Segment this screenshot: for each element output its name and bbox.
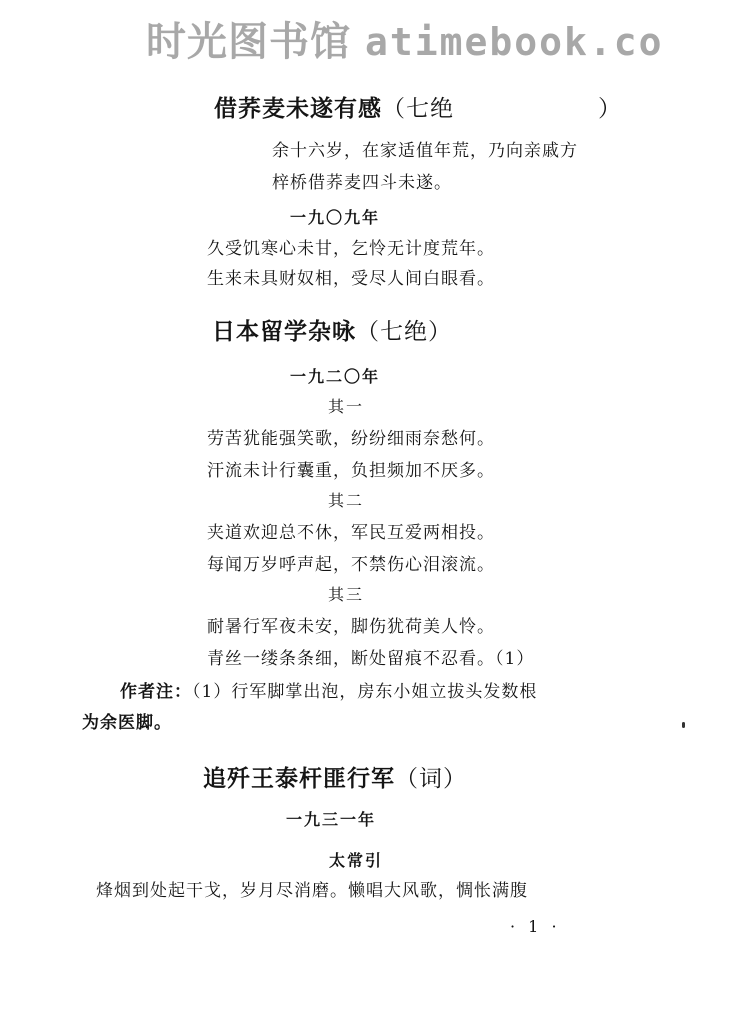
poem-2-year: 一九二〇年 — [290, 364, 380, 387]
poem-1-line-2: 生来未具财奴相，受尽人间白眼看。 — [207, 264, 495, 289]
poem-1-year: 一九〇九年 — [290, 205, 380, 228]
poem-2-part-2-line-1: 夹道欢迎总不休，军民互爱两相投。 — [207, 518, 495, 543]
poem-2-title: 日本留学杂咏（七绝） — [212, 313, 452, 346]
poem-2-part-1-line-2: 汗流未计行囊重，负担频加不厌多。 — [207, 456, 495, 481]
poem-3-title-text: 追歼王泰杆匪行军 — [203, 766, 395, 792]
poem-3-year: 一九三一年 — [286, 807, 376, 830]
author-note-text: （1）行军脚掌出泡，房东小姐立拔头发数根 — [192, 682, 537, 702]
poem-1-form: （七绝 — [382, 96, 454, 122]
author-note-label: 作者注： — [120, 682, 192, 702]
poem-3-form: （词） — [395, 766, 467, 792]
watermark-cn: 时光图书馆 — [146, 19, 351, 65]
poem-1-title: 借荞麦未遂有感（七绝 — [214, 90, 454, 123]
poem-1-form-close: ） — [598, 96, 622, 122]
poem-1-preface-2: 梓桥借荞麦四斗未遂。 — [272, 168, 452, 193]
poem-1-line-1: 久受饥寒心未甘，乞怜无计度荒年。 — [207, 234, 495, 259]
poem-2-part-3-line-1: 耐暑行军夜未安，脚伤犹荷美人怜。 — [207, 612, 495, 637]
poem-3-title: 追歼王泰杆匪行军（词） — [203, 760, 467, 793]
poem-2-part-1-heading: 其一 — [328, 394, 364, 417]
author-note-cont: 为余医脚。 — [82, 708, 172, 733]
poem-3-tune: 太常引 — [329, 848, 383, 871]
watermark-latin: atimebook.co — [365, 20, 664, 64]
watermark: 时光图书馆atimebook.co — [146, 10, 664, 67]
page-number: · 1 · — [510, 917, 561, 936]
poem-2-title-text: 日本留学杂咏 — [212, 319, 356, 345]
poem-1-preface-1: 余十六岁，在家适值年荒，乃向亲戚方 — [272, 136, 578, 161]
poem-1-title-close: ） — [598, 90, 622, 123]
poem-2-part-3-heading: 其三 — [328, 582, 364, 605]
poem-3-line-1: 烽烟到处起干戈，岁月尽消磨。懒唱大风歌，惆怅满腹 — [96, 876, 528, 901]
poem-1-title-text: 借荞麦未遂有感 — [214, 96, 382, 122]
author-note: 作者注：（1）行军脚掌出泡，房东小姐立拔头发数根 — [120, 677, 537, 702]
poem-2-part-1-line-1: 劳苦犹能强笑歌，纷纷细雨奈愁何。 — [207, 424, 495, 449]
scan-speck — [682, 722, 685, 728]
poem-2-part-3-line-2: 青丝一缕条条细，断处留痕不忍看。（1） — [207, 644, 534, 669]
poem-2-part-2-heading: 其二 — [328, 488, 364, 511]
poem-2-part-2-line-2: 每闻万岁呼声起，不禁伤心泪滚流。 — [207, 550, 495, 575]
poem-2-form: （七绝） — [356, 319, 452, 345]
